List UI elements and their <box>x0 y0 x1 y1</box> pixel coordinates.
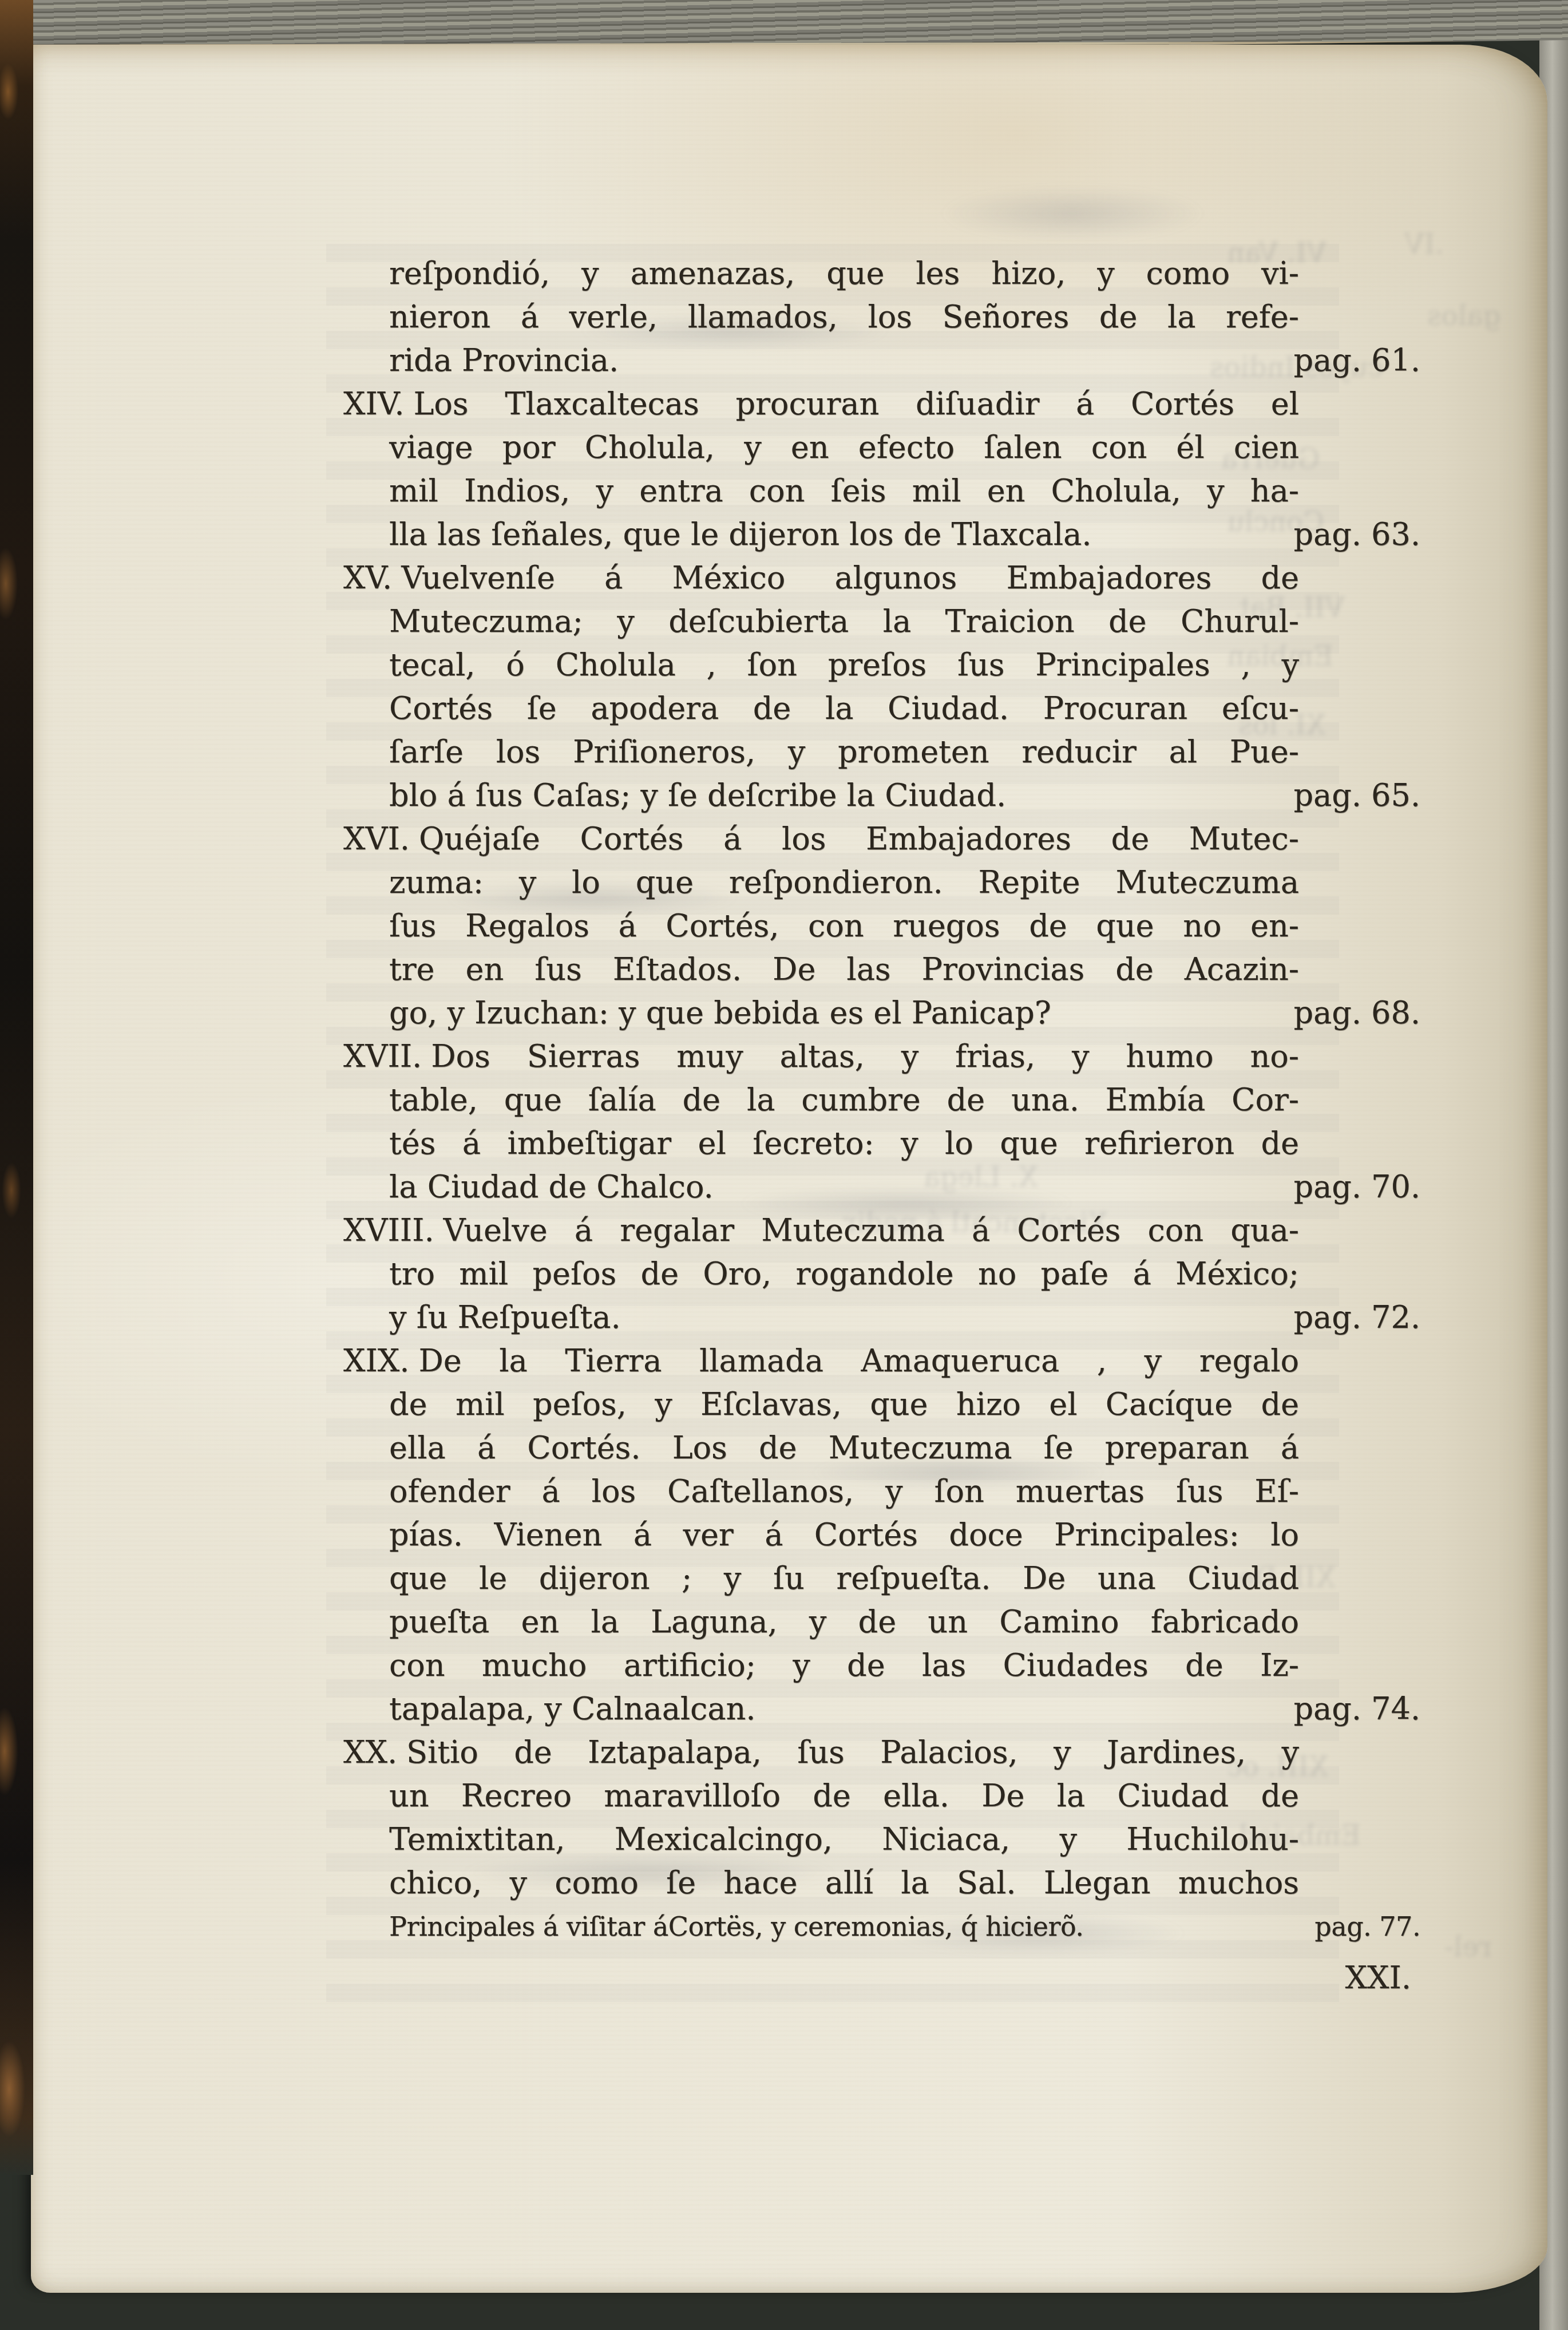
entry-line: la Ciudad de Chalco.pag. 70. <box>389 1165 1299 1209</box>
entry-line: mil Indios, y entra con ſeis mil en Chol… <box>389 469 1299 513</box>
entry-line: tapalapa, y Calnaalcan.pag. 74. <box>389 1687 1299 1731</box>
show-through-text: rel- <box>1444 1933 1492 1961</box>
page-ref: pag. 61. <box>1293 339 1420 382</box>
entry-line: pueſta en la Laguna, y de un Camino fabr… <box>389 1600 1299 1644</box>
entry-numeral: XV. <box>343 560 401 596</box>
entry-line: zuma: y lo que reſpondieron. Repite Mute… <box>389 861 1299 904</box>
entry-line: XIV.Los Tlaxcaltecas procuran diſuadir á… <box>389 382 1299 426</box>
entry-line: blo á ſus Caſas; y ſe deſcribe la Ciudad… <box>389 774 1299 817</box>
page-ref: pag. 70. <box>1293 1165 1420 1209</box>
entry-numeral: XIV. <box>343 386 414 422</box>
page-ref: pag. 77. <box>1314 1905 1420 1948</box>
entry-line: XX.Sitio de Iztapalapa, ſus Palacios, y … <box>389 1731 1299 1774</box>
entry-line: reſpondió, y amenazas, que les hizo, y c… <box>389 252 1299 295</box>
entry-numeral: XVIII. <box>343 1212 444 1248</box>
entry-line: tre en ſus Eſtados. De las Provincias de… <box>389 948 1299 991</box>
page-ref: pag. 74. <box>1293 1687 1420 1731</box>
entry-line: tecal, ó Cholula , ſon preſos ſus Princi… <box>389 643 1299 687</box>
entry-line: tro mil peſos de Oro, rogandole no paſe … <box>389 1252 1299 1296</box>
entry-line: table, que ſalía de la cumbre de una. Em… <box>389 1078 1299 1122</box>
page-ref: pag. 68. <box>1293 991 1420 1035</box>
entry-line: de mil peſos, y Eſclavas, que hizo el Ca… <box>389 1383 1299 1426</box>
toc-entry: XX.Sitio de Iztapalapa, ſus Palacios, y … <box>343 1731 1299 1948</box>
toc-entry: XVIII.Vuelve á regalar Muteczuma á Corté… <box>343 1209 1299 1339</box>
page-ref: pag. 63. <box>1293 513 1420 556</box>
toc-entry: XVII.Dos Sierras muy altas, y frias, y h… <box>343 1035 1299 1209</box>
entry-line: nieron á verle, llamados, los Señores de… <box>389 295 1299 339</box>
entry-numeral: XIX. <box>343 1343 418 1379</box>
scanned-book-photo: reſpondió, y amenazas, que les hizo, y c… <box>0 0 1568 2330</box>
entry-line: pías. Vienen á ver á Cortés doce Princip… <box>389 1513 1299 1557</box>
entry-line: Cortés ſe apodera de la Ciudad. Procuran… <box>389 687 1299 730</box>
entry-line: Principales á viſitar áCortës, y ceremon… <box>389 1905 1299 1948</box>
entry-line: ſarſe los Priſioneros, y prometen reduci… <box>389 730 1299 774</box>
entry-line: XIX.De la Tierra llamada Amaqueruca , y … <box>389 1339 1299 1383</box>
entry-line: con mucho artificio; y de las Ciudades d… <box>389 1644 1299 1687</box>
entry-line: XVI.Quéjaſe Cortés á los Embajadores de … <box>389 817 1299 861</box>
page-ref: pag. 65. <box>1293 774 1420 817</box>
toc-entry: XVI.Quéjaſe Cortés á los Embajadores de … <box>343 817 1299 1035</box>
entry-line: lla las ſeñales, que le dijeron los de T… <box>389 513 1299 556</box>
entry-line: chico, y como ſe hace allí la Sal. Llega… <box>389 1861 1299 1905</box>
entry-line: que le dijeron ; y ſu reſpueſta. De una … <box>389 1557 1299 1600</box>
show-through-smudge <box>889 176 1256 251</box>
entry-line: rida Provincia.pag. 61. <box>389 339 1299 382</box>
entry-line: y ſu Reſpueſta.pag. 72. <box>389 1296 1299 1339</box>
entry-line: XVIII.Vuelve á regalar Muteczuma á Corté… <box>389 1209 1299 1252</box>
entry-numeral: XVI. <box>343 821 419 857</box>
book-page: reſpondió, y amenazas, que les hizo, y c… <box>31 45 1547 2293</box>
toc-entry: XIV.Los Tlaxcaltecas procuran diſuadir á… <box>343 382 1299 556</box>
page-ref: pag. 72. <box>1293 1296 1420 1339</box>
table-of-contents: reſpondió, y amenazas, que les hizo, y c… <box>343 252 1299 2000</box>
entry-line: go, y Izuchan: y que bebida es el Panica… <box>389 991 1299 1035</box>
entry-line: XV.Vuelvenſe á México algunos Embajadore… <box>389 556 1299 600</box>
entry-line: un Recreo maravilloſo de ella. De la Ciu… <box>389 1774 1299 1818</box>
catchword: XXI. <box>343 1956 1411 2000</box>
entry-numeral: XVII. <box>343 1038 431 1074</box>
toc-entry: XV.Vuelvenſe á México algunos Embajadore… <box>343 556 1299 817</box>
entry-line: tés á imbeſtigar el ſecreto: y lo que re… <box>389 1122 1299 1165</box>
toc-entry: XIX.De la Tierra llamada Amaqueruca , y … <box>343 1339 1299 1731</box>
show-through-text: .IV <box>1404 231 1444 258</box>
entry-line: ella á Cortés. Los de Muteczuma ſe prepa… <box>389 1426 1299 1470</box>
entry-line: viage por Cholula, y en efecto ſalen con… <box>389 426 1299 469</box>
entry-line: ofender á los Caſtellanos, y ſon muertas… <box>389 1470 1299 1513</box>
show-through-text: galos <box>1427 302 1500 330</box>
entry-line: Muteczuma; y deſcubierta la Traicion de … <box>389 600 1299 643</box>
book-binding-edge <box>0 0 33 2175</box>
entry-line: Temixtitan, Mexicalcingo, Niciaca, y Huc… <box>389 1818 1299 1861</box>
entry-numeral: XX. <box>343 1734 406 1770</box>
entry-line: XVII.Dos Sierras muy altas, y frias, y h… <box>389 1035 1299 1078</box>
entry-line: ſus Regalos á Cortés, con ruegos de que … <box>389 904 1299 948</box>
toc-entry: reſpondió, y amenazas, que les hizo, y c… <box>343 252 1299 382</box>
